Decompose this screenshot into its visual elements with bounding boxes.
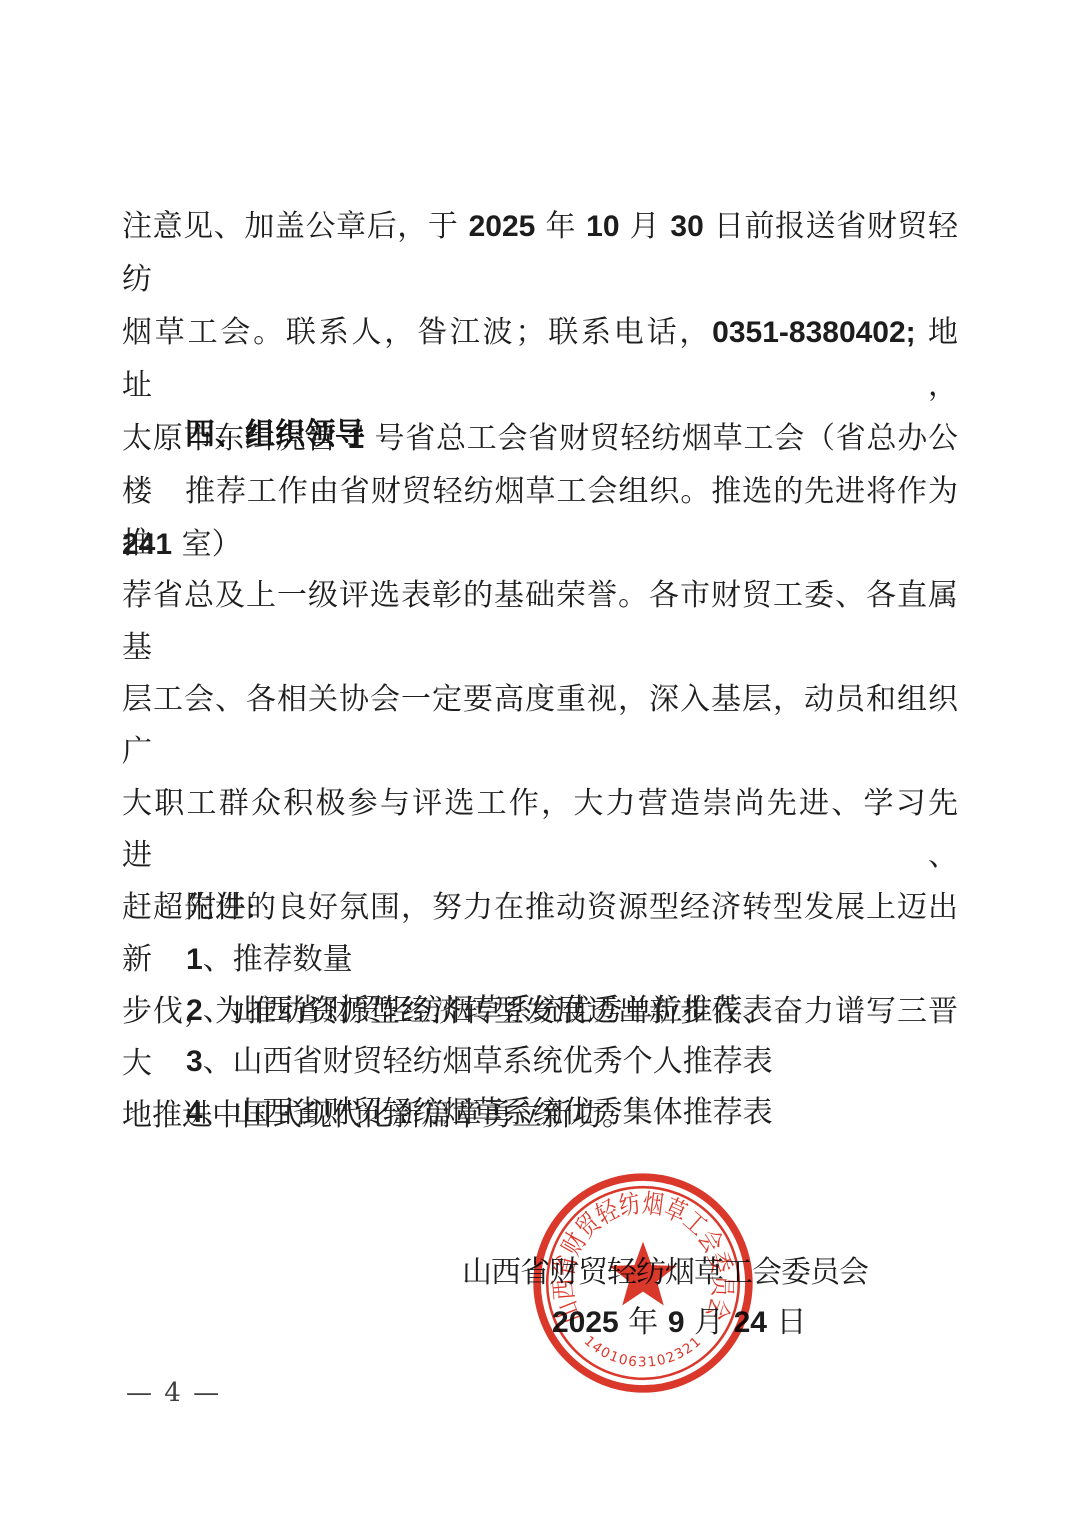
seal-star-icon: [609, 1242, 676, 1306]
section-heading: 四、组织领导: [122, 417, 958, 453]
paragraph-line: 烟草工会。联系人，昝江波；联系电话，0351-8380402; 地址，: [122, 306, 958, 412]
seal-code: 1401063102321: [581, 1333, 706, 1371]
attachment-item: 4、山西省财贸轻纺烟草系统优秀集体推荐表: [186, 1087, 886, 1138]
official-red-seal: 山西省财贸轻纺烟草工会委员会 1401063102321: [524, 1164, 762, 1402]
paragraph-line: 注意见、加盖公章后，于 2025 年 10 月 30 日前报送省财贸轻纺: [122, 200, 958, 306]
paragraph-line: 大职工群众积极参与评选工作，大力营造崇尚先进、学习先进、: [122, 778, 958, 882]
attachment-item: 1、推荐数量: [186, 934, 886, 985]
attachment-item: 2、山西省财贸轻纺烟草系统优秀单位推荐表: [186, 985, 886, 1036]
attachment-item: 3、山西省财贸轻纺烟草系统优秀个人推荐表: [186, 1036, 886, 1087]
paragraph-line: 推荐工作由省财贸轻纺烟草工会组织。推选的先进将作为推: [122, 466, 958, 570]
page-number: — 4 —: [126, 1379, 221, 1407]
official-document-page: 注意见、加盖公章后，于 2025 年 10 月 30 日前报送省财贸轻纺 烟草工…: [0, 0, 1080, 1527]
attachments-list: 1、推荐数量 2、山西省财贸轻纺烟草系统优秀单位推荐表 3、山西省财贸轻纺烟草系…: [186, 934, 886, 1138]
paragraph-line: 层工会、各相关协会一定要高度重视，深入基层，动员和组织广: [122, 674, 958, 778]
attachments-label: 附件:: [186, 882, 256, 934]
paragraph-line: 荐省总及上一级评选表彰的基础荣誉。各市财贸工委、各直属基: [122, 570, 958, 674]
